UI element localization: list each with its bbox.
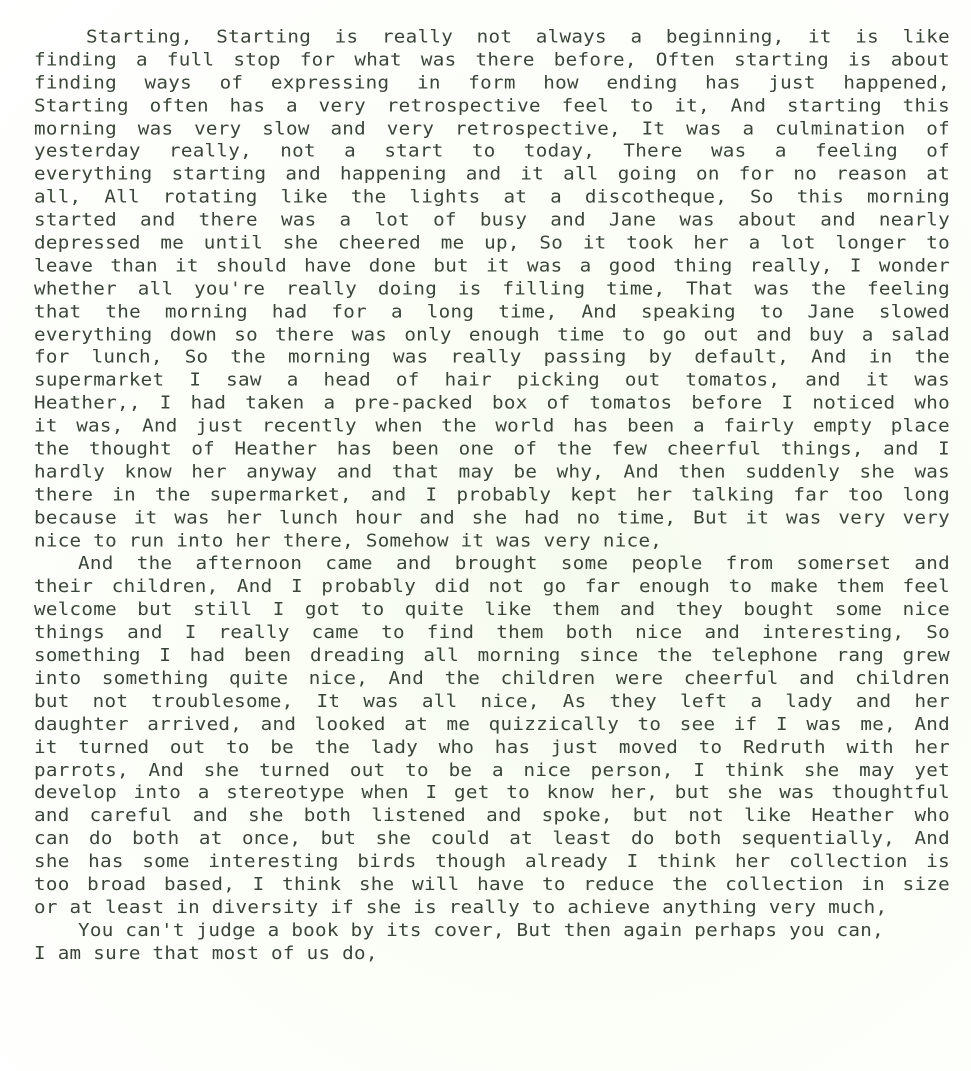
typed-page: Starting, Starting is really not always …: [0, 0, 971, 1071]
text-line: depressed me until she cheered me up, So…: [34, 232, 950, 255]
text-line: their children, And I probably did not g…: [34, 576, 950, 599]
text-line: Starting often has a very retrospective …: [34, 95, 950, 118]
text-line: nice to run into her there, Somehow it w…: [34, 530, 950, 553]
text-line: finding a full stop for what was there b…: [34, 49, 950, 72]
text-line: something I had been dreading all mornin…: [34, 644, 950, 667]
text-line: I am sure that most of us do,: [34, 942, 950, 965]
text-line: welcome but still I got to quite like th…: [34, 598, 950, 621]
text-line: Heather,, I had taken a pre-packed box o…: [34, 392, 950, 415]
text-line: into something quite nice, And the child…: [34, 667, 950, 690]
text-line: morning was very slow and very retrospec…: [34, 118, 950, 141]
text-line: finding ways of expressing in form how e…: [34, 72, 950, 95]
text-line: she has some interesting birds though al…: [34, 850, 950, 873]
text-line: things and I really came to find them bo…: [34, 621, 950, 644]
text-line: daughter arrived, and looked at me quizz…: [34, 713, 950, 736]
text-line: leave than it should have done but it wa…: [34, 255, 950, 278]
text-line: and careful and she both listened and sp…: [34, 805, 950, 828]
text-line: started and there was a lot of busy and …: [34, 209, 950, 232]
text-line: whether all you're really doing is filli…: [34, 278, 950, 301]
text-line: You can't judge a book by its cover, But…: [34, 919, 950, 942]
text-line: hardly know her anyway and that may be w…: [34, 461, 950, 484]
text-line: for lunch, So the morning was really pas…: [34, 347, 950, 370]
text-line: because it was her lunch hour and she ha…: [34, 507, 950, 530]
text-line: too broad based, I think she will have t…: [34, 873, 950, 896]
text-line: it turned out to be the lady who has jus…: [34, 736, 950, 759]
text-line: supermarket I saw a head of hair picking…: [34, 369, 950, 392]
text-line: that the morning had for a long time, An…: [34, 301, 950, 324]
text-line: there in the supermarket, and I probably…: [34, 484, 950, 507]
text-line: can do both at once, but she could at le…: [34, 827, 950, 850]
text-line: but not troublesome, It was all nice, As…: [34, 690, 950, 713]
text-line: or at least in diversity if she is reall…: [34, 896, 950, 919]
text-line: Starting, Starting is really not always …: [34, 26, 950, 49]
text-line: the thought of Heather has been one of t…: [34, 438, 950, 461]
text-line: everything starting and happening and it…: [34, 163, 950, 186]
text-line: yesterday really, not a start to today, …: [34, 140, 950, 163]
document-body: Starting, Starting is really not always …: [34, 26, 950, 965]
text-line: And the afternoon came and brought some …: [34, 553, 950, 576]
text-line: all, All rotating like the lights at a d…: [34, 186, 950, 209]
text-line: develop into a stereotype when I get to …: [34, 782, 950, 805]
text-line: it was, And just recently when the world…: [34, 415, 950, 438]
text-line: parrots, And she turned out to be a nice…: [34, 759, 950, 782]
text-line: everything down so there was only enough…: [34, 324, 950, 347]
